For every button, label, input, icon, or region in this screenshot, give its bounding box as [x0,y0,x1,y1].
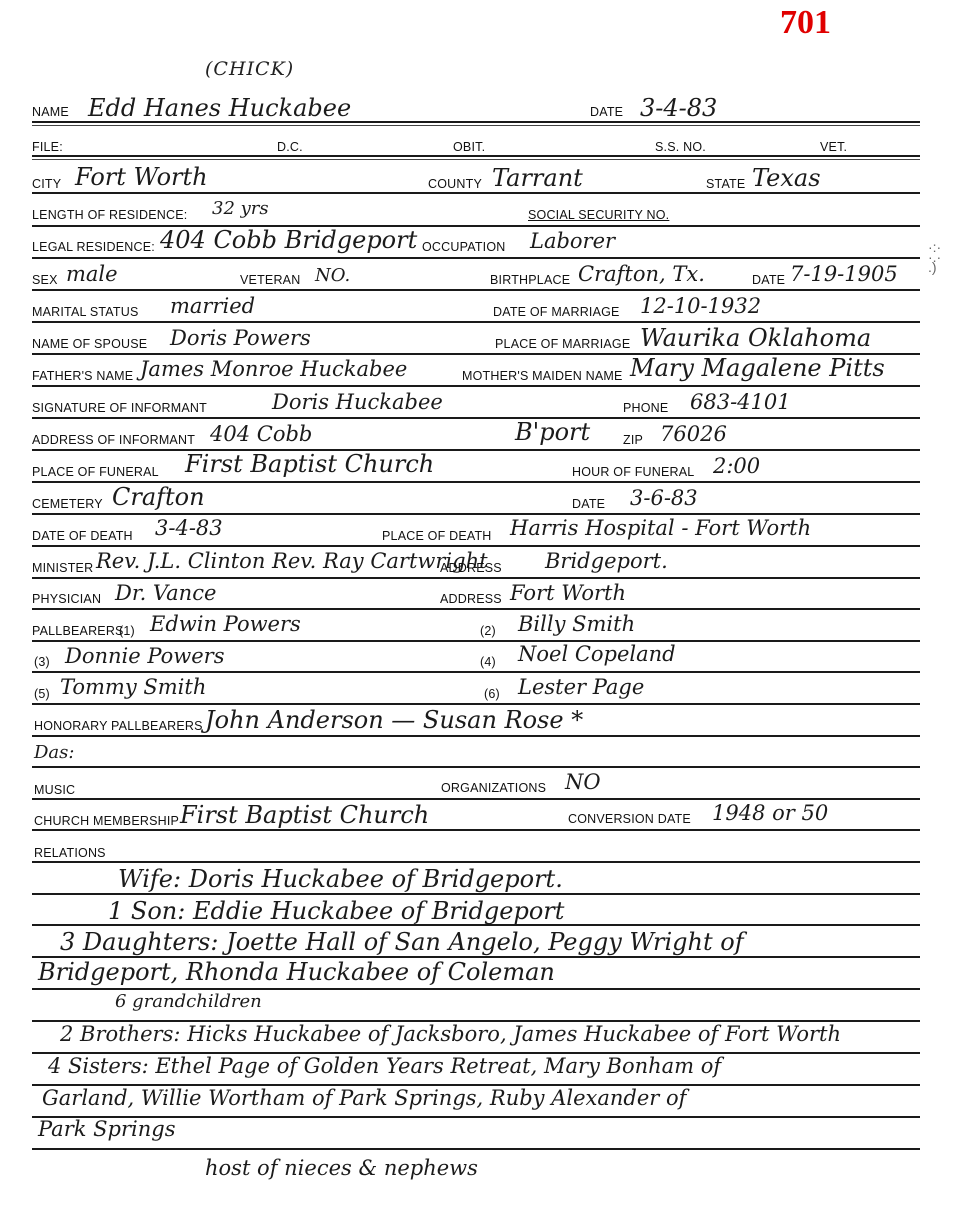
row-divider [32,608,920,610]
cemetery-value: Crafton [112,483,205,511]
honorary-pallbearers-label: HONORARY PALLBEARERS [34,719,203,733]
city-value: Fort Worth [75,163,208,191]
pallbearer-3-number: (3) [34,655,50,669]
relation-line: Bridgeport, Rhonda Huckabee of Coleman [38,958,555,986]
row-divider [32,513,920,515]
row-divider [32,545,920,547]
place-of-death-value: Harris Hospital - Fort Worth [510,516,811,540]
name-of-spouse-label: NAME OF SPOUSE [32,337,147,351]
sex-value: male [66,262,118,286]
zip-label: ZIP [623,433,643,447]
row-divider [32,798,920,800]
row-divider [32,766,920,768]
pallbearer-6-name: Lester Page [518,675,644,699]
obit-label: OBIT. [453,140,485,154]
place-of-death-label: PLACE OF DEATH [382,529,492,543]
mothers-maiden-name-value: Mary Magalene Pitts [630,354,885,382]
church-membership-value: First Baptist Church [180,801,429,829]
address-of-informant-label: ADDRESS OF INFORMANT [32,433,195,447]
place-of-marriage-value: Waurika Oklahoma [640,324,871,352]
row-divider [32,192,920,194]
row-divider [32,1148,920,1150]
relation-line: 4 Sisters: Ethel Page of Golden Years Re… [48,1054,721,1078]
marital-status-label: MARITAL STATUS [32,305,139,319]
page-number: 701 [780,4,831,42]
place-of-marriage-label: PLACE OF MARRIAGE [495,337,630,351]
hour-of-funeral-label: HOUR OF FUNERAL [572,465,694,479]
organizations-label: ORGANIZATIONS [441,781,546,795]
sex-label: SEX [32,273,58,287]
mothers-maiden-name-label: MOTHER'S MAIDEN NAME [462,369,623,383]
conversion-date-label: CONVERSION DATE [568,812,691,826]
occupation-value: Laborer [530,229,615,253]
vet-label: VET. [820,140,847,154]
name-value: Edd Hanes Huckabee [88,94,351,122]
marital-status-value: married [170,294,255,318]
relation-line: 2 Brothers: Hicks Huckabee of Jacksboro,… [60,1022,841,1046]
relation-line: 6 grandchildren [115,991,262,1012]
name-label: NAME [32,105,69,119]
birthplace-value: Crafton, Tx. [578,262,705,286]
row-divider [32,417,920,419]
ss-no-label: S.S. NO. [655,140,706,154]
pallbearer-5-number: (5) [34,687,50,701]
pallbearer-4-name: Noel Copeland [518,642,676,666]
pallbearer-1-number: (1) [119,624,135,638]
row-divider [32,735,920,737]
row-divider [32,893,920,895]
record-date-label: DATE [590,105,623,119]
pallbearer-3-name: Donnie Powers [65,644,225,668]
row-divider [32,861,920,863]
pallbearer-1-name: Edwin Powers [150,612,301,636]
dc-label: D.C. [277,140,303,154]
birth-date-value: 7-19-1905 [790,262,898,286]
fathers-name-label: FATHER'S NAME [32,369,133,383]
honorary-pallbearers-continuation: Das: [34,742,74,763]
length-of-residence-value: 32 yrs [212,198,269,219]
physician-address-label: ADDRESS [440,592,502,606]
county-label: COUNTY [428,177,482,191]
date-of-marriage-label: DATE OF MARRIAGE [493,305,620,319]
church-membership-label: CHURCH MEMBERSHIP [34,814,179,828]
margin-marks: ·:··.·.) [928,242,941,272]
address-of-informant-city: B'port [515,418,590,446]
record-date-value: 3-4-83 [640,94,717,122]
physician-value: Dr. Vance [115,581,216,605]
state-label: STATE [706,177,745,191]
row-divider [32,577,920,579]
occupation-label: OCCUPATION [422,240,505,254]
funeral-date-label: DATE [572,497,605,511]
pallbearer-4-number: (4) [480,655,496,669]
legal-residence-value: 404 Cobb Bridgeport [160,226,417,254]
relation-line: Park Springs [38,1117,175,1141]
row-divider [32,155,920,157]
state-value: Texas [752,164,821,192]
conversion-date-value: 1948 or 50 [712,801,828,825]
music-label: MUSIC [34,783,75,797]
pallbearers-label: PALLBEARERS [32,624,124,638]
address-of-informant-value: 404 Cobb [210,422,312,446]
relation-line: Garland, Willie Wortham of Park Springs,… [42,1086,686,1110]
name-of-spouse-value: Doris Powers [170,326,311,350]
row-divider [32,449,920,451]
pallbearer-2-name: Billy Smith [518,612,635,636]
row-divider [32,924,920,926]
birthplace-label: BIRTHPLACE [490,273,570,287]
minister-value: Rev. J.L. Clinton Rev. Ray Cartwright [96,549,488,573]
nickname-annotation: (CHICK) [205,58,294,80]
date-of-death-label: DATE OF DEATH [32,529,133,543]
signature-of-informant-value: Doris Huckabee [272,390,443,414]
minister-address-label: ADDRESS [440,561,502,575]
file-label: FILE: [32,140,63,154]
phone-label: PHONE [623,401,668,415]
pallbearer-2-number: (2) [480,624,496,638]
hour-of-funeral-value: 2:00 [713,454,760,478]
zip-value: 76026 [660,422,727,446]
veteran-label: VETERAN [240,273,300,287]
physician-address-value: Fort Worth [510,581,626,605]
row-divider [32,121,920,123]
place-of-funeral-value: First Baptist Church [185,450,434,478]
signature-of-informant-label: SIGNATURE OF INFORMANT [32,401,207,415]
pallbearer-5-name: Tommy Smith [60,675,206,699]
row-divider [32,703,920,705]
cemetery-label: CEMETERY [32,497,103,511]
organizations-value: NO [565,770,601,794]
length-of-residence-label: LENGTH OF RESIDENCE: [32,208,187,222]
honorary-pallbearers-value: John Anderson — Susan Rose * [205,706,583,734]
phone-value: 683-4101 [690,390,791,414]
veteran-value: NO. [315,265,350,286]
row-divider [32,289,920,291]
row-divider [32,640,920,642]
county-value: Tarrant [492,164,583,192]
social-security-no-label: SOCIAL SECURITY NO. [528,208,669,222]
legal-residence-label: LEGAL RESIDENCE: [32,240,155,254]
date-of-marriage-value: 12-10-1932 [640,294,761,318]
pallbearer-6-number: (6) [484,687,500,701]
relation-line: 1 Son: Eddie Huckabee of Bridgeport [108,897,564,925]
minister-address-value: Bridgeport. [545,549,668,573]
row-divider [32,829,920,831]
row-divider [32,257,920,259]
fathers-name-value: James Monroe Huckabee [140,357,407,381]
relation-line: Wife: Doris Huckabee of Bridgeport. [118,865,563,893]
relations-label: RELATIONS [34,846,106,860]
physician-label: PHYSICIAN [32,592,101,606]
relation-line: 3 Daughters: Joette Hall of San Angelo, … [60,928,744,956]
row-divider [32,671,920,673]
place-of-funeral-label: PLACE OF FUNERAL [32,465,159,479]
minister-label: MINISTER [32,561,93,575]
relation-line: host of nieces & nephews [205,1156,478,1180]
row-divider [32,321,920,323]
city-label: CITY [32,177,61,191]
date-of-death-value: 3-4-83 [155,516,223,540]
row-divider [32,988,920,990]
birth-date-label: DATE [752,273,785,287]
funeral-date-value: 3-6-83 [630,486,698,510]
row-divider [32,385,920,387]
